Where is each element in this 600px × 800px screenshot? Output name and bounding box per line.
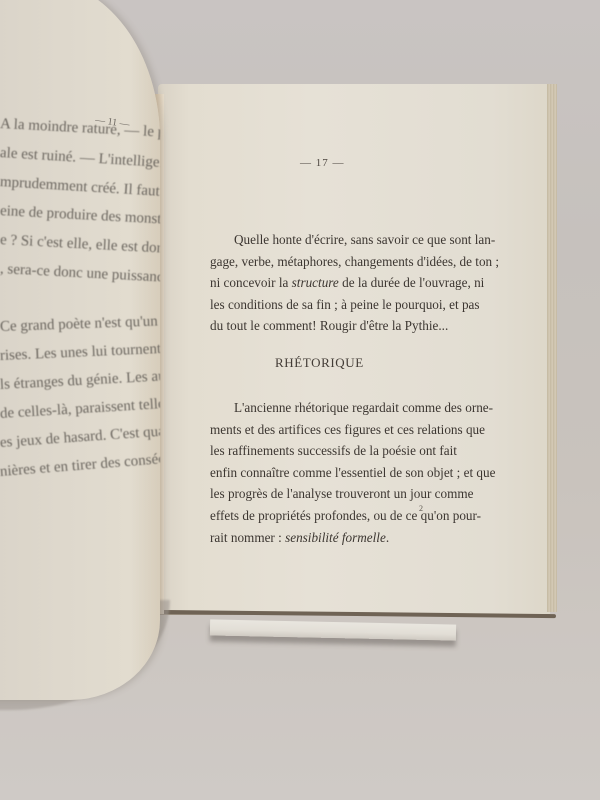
italic-run: sensibilité formelle [285, 530, 386, 545]
text-line: rait nommer : sensibilité formelle. [210, 527, 515, 549]
text-run: de la durée de l'ouvrage, ni [339, 275, 485, 290]
text-line: L'ancienne rhétorique regardait comme de… [210, 397, 515, 419]
text-line: du tout le comment! Rougir d'être la Pyt… [210, 315, 515, 337]
text-run: ni concevoir la [210, 275, 292, 290]
paragraph-pythie: Quelle honte d'écrire, sans savoir ce qu… [210, 229, 515, 337]
section-heading: RHÉTORIQUE [275, 355, 364, 371]
text-run: . [386, 530, 389, 545]
text-line: les conditions de sa fin ; à peine le po… [210, 294, 515, 316]
paragraph-rhetorique: L'ancienne rhétorique regardait comme de… [210, 397, 515, 548]
left-page-text: A la moindre rature, — le principe ale e… [0, 110, 160, 487]
text-line: enfin connaître comme l'essentiel de son… [210, 462, 515, 484]
text-line: les progrès de l'analyse trouveront un j… [210, 483, 515, 505]
text-line: effets de propriétés profondes, ou de ce… [210, 505, 515, 527]
text-run: rait nommer : [210, 530, 285, 545]
book-photo: — 11 — A la moindre rature, — le princip… [0, 0, 600, 800]
signature-mark: 2 [419, 504, 423, 513]
italic-run: structure [292, 275, 339, 290]
page-folio: — 17 — [300, 157, 345, 169]
book-stand [210, 619, 456, 640]
text-line: ni concevoir la structure de la durée de… [210, 272, 515, 294]
text-line: Quelle honte d'écrire, sans savoir ce qu… [210, 229, 515, 251]
right-page-fore-edge [547, 84, 557, 612]
text-line: les raffinements successifs de la poésie… [210, 440, 515, 462]
text-line: ments et des artifices ces figures et ce… [210, 419, 515, 441]
text-line: gage, verbe, métaphores, changements d'i… [210, 251, 515, 273]
